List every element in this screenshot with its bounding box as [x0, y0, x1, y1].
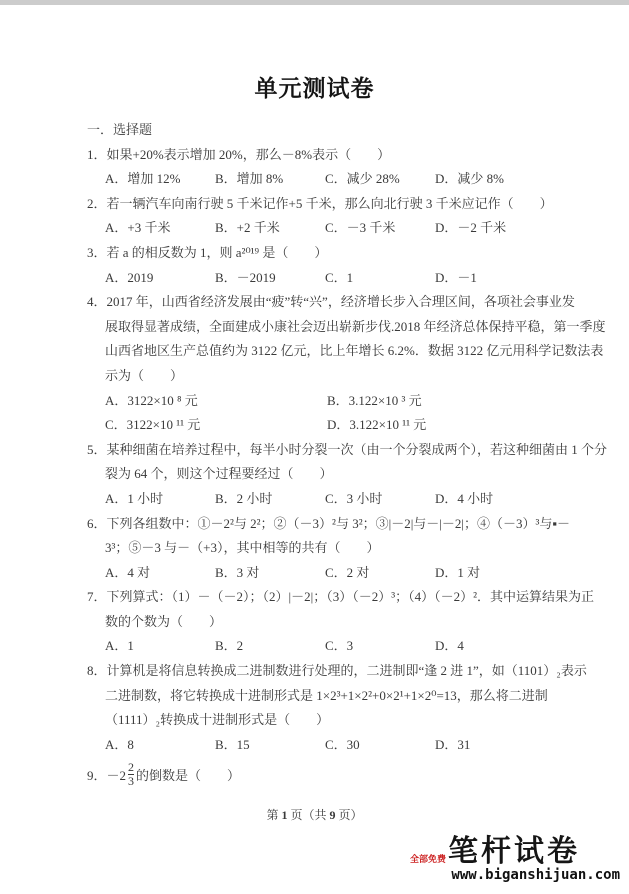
- question-7-text-line-1: 7．下列算式：（1）－（－2）；（2）|－2|；（3）（－2）³；（4）（－2）…: [87, 585, 542, 610]
- logo-website-url[interactable]: www.biganshijuan.com: [408, 867, 620, 884]
- question-4-option-c: C．3122×10 ¹¹ 元: [105, 413, 327, 438]
- question-8-text-line-1: 8．计算机是将信息转换成二进制数进行处理的，二进制即“逢 2 进 1”，如（11…: [87, 659, 542, 684]
- question-8-option-c: C．30: [325, 733, 435, 758]
- question-3-option-a: A．2019: [105, 266, 215, 291]
- question-7-option-b: B．2: [215, 634, 325, 659]
- question-5-option-d: D．4 小时: [435, 487, 493, 512]
- question-4-option-b: B．3.122×10 ³ 元: [327, 389, 422, 414]
- fraction-denominator: 3: [128, 774, 134, 788]
- footer-text: 页）: [336, 808, 363, 822]
- fraction-numerator: 2: [128, 761, 134, 774]
- question-7-option-c: C．3: [325, 634, 435, 659]
- question-6-option-d: D．1 对: [435, 561, 480, 586]
- question-9: 9．－2 2 3 的倒数是（ ）: [87, 757, 542, 791]
- question-2-text: 2．若一辆汽车向南行驶 5 千米记作+5 千米，那么向北行驶 3 千米应记作（ …: [87, 192, 542, 217]
- question-1-option-d: D．减少 8%: [435, 167, 504, 192]
- question-8-text-line-3: （1111）₂转换成十进制形式是（ ）: [105, 708, 542, 733]
- question-6-option-b: B．3 对: [215, 561, 325, 586]
- question-2-option-a: A．+3 千米: [105, 216, 215, 241]
- question-6-option-c: C．2 对: [325, 561, 435, 586]
- question-9-text-prefix: 9．－2: [87, 765, 126, 784]
- question-7-option-a: A．1: [105, 634, 215, 659]
- footer-text: 第: [266, 808, 281, 822]
- question-3: 3．若 a 的相反数为 1，则 a²⁰¹⁹ 是（ ） A．2019 B．－201…: [87, 241, 542, 290]
- section-heading: 一．选择题: [87, 118, 542, 143]
- question-3-options: A．2019 B．－2019 C．1 D．－1: [105, 266, 542, 291]
- question-9-fraction: 2 3: [128, 761, 134, 788]
- question-1-text: 1．如果+20%表示增加 20%，那么－8%表示（ ）: [87, 143, 542, 168]
- question-9-text-suffix: 的倒数是（ ）: [136, 765, 240, 784]
- question-2-option-c: C．－3 千米: [325, 216, 435, 241]
- question-3-option-c: C．1: [325, 266, 435, 291]
- question-7: 7．下列算式：（1）－（－2）；（2）|－2|；（3）（－2）³；（4）（－2）…: [87, 585, 542, 659]
- question-2-option-d: D．－2 千米: [435, 216, 506, 241]
- page-title: 单元测试卷: [87, 74, 542, 104]
- question-8-options: A．8 B．15 C．30 D．31: [105, 733, 542, 758]
- question-8-option-a: A．8: [105, 733, 215, 758]
- question-4-option-d: D．3.122×10 ¹¹ 元: [327, 413, 426, 438]
- question-4-options-row-2: C．3122×10 ¹¹ 元 D．3.122×10 ¹¹ 元: [105, 413, 542, 438]
- question-1: 1．如果+20%表示增加 20%，那么－8%表示（ ） A．增加 12% B．增…: [87, 143, 542, 192]
- question-1-option-c: C．减少 28%: [325, 167, 435, 192]
- question-3-option-d: D．－1: [435, 266, 477, 291]
- question-8-option-b: B．15: [215, 733, 325, 758]
- question-4-option-a: A．3122×10 ⁸ 元: [105, 389, 327, 414]
- page-top-border: [0, 0, 629, 5]
- question-8: 8．计算机是将信息转换成二进制数进行处理的，二进制即“逢 2 进 1”，如（11…: [87, 659, 542, 757]
- question-2-option-b: B．+2 千米: [215, 216, 325, 241]
- document-page: 单元测试卷 一．选择题 1．如果+20%表示增加 20%，那么－8%表示（ ） …: [0, 0, 629, 894]
- question-5: 5．某种细菌在培养过程中，每半小时分裂一次（由一个分裂成两个），若这种细菌由 1…: [87, 438, 542, 512]
- logo-row: 全部免费 笔杆试卷: [408, 837, 620, 867]
- question-5-options: A．1 小时 B．2 小时 C．3 小时 D．4 小时: [105, 487, 542, 512]
- question-7-options: A．1 B．2 C．3 D．4: [105, 634, 542, 659]
- question-1-option-b: B．增加 8%: [215, 167, 325, 192]
- document-content: 单元测试卷 一．选择题 1．如果+20%表示增加 20%，那么－8%表示（ ） …: [87, 74, 542, 791]
- question-6-text-line-2: 3³；⑤－3 与－（+3），其中相等的共有（ ）: [105, 536, 542, 561]
- question-1-option-a: A．增加 12%: [105, 167, 215, 192]
- question-4-options-row-1: A．3122×10 ⁸ 元 B．3.122×10 ³ 元: [105, 389, 542, 414]
- question-5-text-line-2: 裂为 64 个，则这个过程要经过（ ）: [105, 462, 542, 487]
- question-8-option-d: D．31: [435, 733, 470, 758]
- question-2: 2．若一辆汽车向南行驶 5 千米记作+5 千米，那么向北行驶 3 千米应记作（ …: [87, 192, 542, 241]
- question-7-text-line-2: 数的个数为（ ）: [105, 610, 542, 635]
- question-6-option-a: A．4 对: [105, 561, 215, 586]
- question-1-options: A．增加 12% B．增加 8% C．减少 28% D．减少 8%: [105, 167, 542, 192]
- question-7-option-d: D．4: [435, 634, 464, 659]
- watermark-logo: 全部免费 笔杆试卷 www.biganshijuan.com: [408, 837, 620, 884]
- question-6-options: A．4 对 B．3 对 C．2 对 D．1 对: [105, 561, 542, 586]
- question-3-option-b: B．－2019: [215, 266, 325, 291]
- question-8-text-line-2: 二进制数，将它转换成十进制形式是 1×2³+1×2²+0×2¹+1×2⁰=13，…: [105, 684, 542, 709]
- footer-text: 页（共: [287, 808, 329, 822]
- question-5-option-c: C．3 小时: [325, 487, 435, 512]
- page-number-footer: 第 1 页（共 9 页）: [0, 806, 629, 823]
- question-4: 4．2017 年，山西省经济发展由“疲”转“兴”，经济增长步入合理区间，各项社会…: [87, 290, 542, 438]
- question-5-text-line-1: 5．某种细菌在培养过程中，每半小时分裂一次（由一个分裂成两个），若这种细菌由 1…: [87, 438, 542, 463]
- question-2-options: A．+3 千米 B．+2 千米 C．－3 千米 D．－2 千米: [105, 216, 542, 241]
- question-5-option-a: A．1 小时: [105, 487, 215, 512]
- question-6-text-line-1: 6．下列各组数中：①－2²与 2²；②（－3）²与 3²；③|－2|与－|－2|…: [87, 512, 542, 537]
- question-6: 6．下列各组数中：①－2²与 2²；②（－3）²与 3²；③|－2|与－|－2|…: [87, 512, 542, 586]
- question-5-option-b: B．2 小时: [215, 487, 325, 512]
- question-4-text-line-1: 4．2017 年，山西省经济发展由“疲”转“兴”，经济增长步入合理区间，各项社会…: [87, 290, 542, 315]
- question-4-text-line-2: 展取得显著成绩，全面建成小康社会迈出崭新步伐.2018 年经济总体保持平稳，第一…: [105, 315, 542, 340]
- question-4-text-line-3: 山西省地区生产总值约为 3122 亿元，比上年增长 6.2%．数据 3122 亿…: [105, 339, 542, 364]
- logo-free-badge: 全部免费: [410, 854, 446, 864]
- logo-brand-name: 笔杆试卷: [448, 837, 580, 867]
- question-4-text-line-4: 示为（ ）: [105, 364, 542, 389]
- question-3-text: 3．若 a 的相反数为 1，则 a²⁰¹⁹ 是（ ）: [87, 241, 542, 266]
